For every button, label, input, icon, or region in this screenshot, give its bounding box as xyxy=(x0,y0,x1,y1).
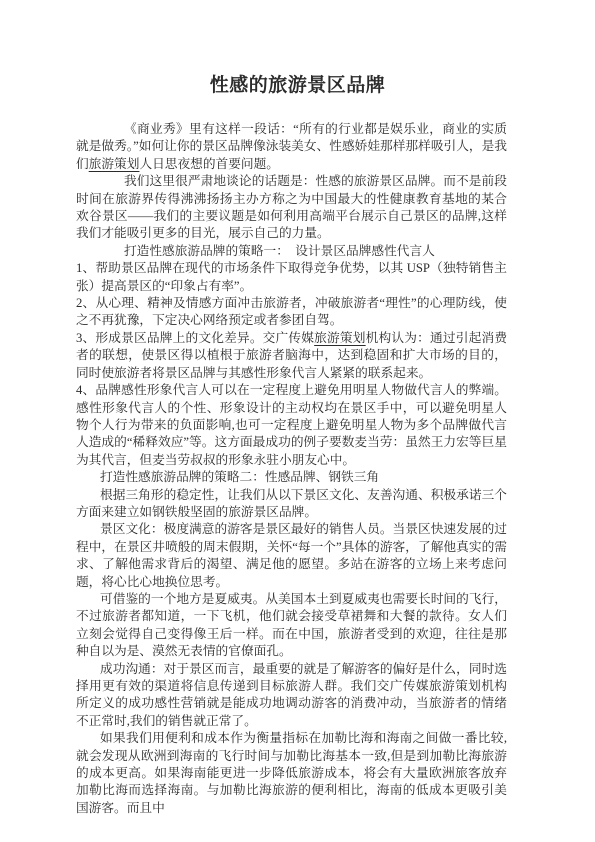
paragraph: 可借鉴的一个地方是夏威夷。从美国本土到夏威夷也需要长时间的飞行，不过旅游者都知道… xyxy=(76,591,507,661)
section-heading: 打造性感旅游品牌的策略二：性感品牌、钢铁三角 xyxy=(76,469,507,486)
text-segment: 4、品牌感性形象代言人可以在一定程度上避免用明星人物做代言人的弊端。感性形象代言… xyxy=(76,383,507,467)
text-segment: 打造性感旅游品牌的策略一： 设计景区品牌感性代言人 xyxy=(124,244,435,258)
text-segment: 3、形成景区品牌上的文化差异。交广传媒 xyxy=(76,331,314,345)
text-segment: 根据三角形的稳定性，让我们从以下景区文化、友善沟通、积极承诺三个方面来建立如钢铁… xyxy=(76,488,507,519)
underlined-text: 旅游策划 xyxy=(89,157,140,171)
paragraph: 如果我们用便利和成本作为衡量指标在加勒比海和海南之间做一番比较,就会发现从欧洲到… xyxy=(76,730,507,817)
paragraph: 景区文化：极度满意的游客是景区最好的销售人员。当景区快速发展的过程中，在景区井喷… xyxy=(76,521,507,591)
text-segment: 人日思夜想的首要问题。 xyxy=(139,157,279,171)
text-segment: 我们这里很严肃地谈论的话题是：性感的旅游景区品牌。而不是前段时间在旅游界传得沸沸… xyxy=(76,174,507,240)
paragraph: 根据三角形的稳定性，让我们从以下景区文化、友善沟通、积极承诺三个方面来建立如钢铁… xyxy=(76,487,507,522)
document-title: 性感的旅游景区品牌 xyxy=(0,0,595,97)
text-segment: 景区文化：极度满意的游客是景区最好的销售人员。当景区快速发展的过程中，在景区井喷… xyxy=(76,522,507,588)
paragraph: 3、形成景区品牌上的文化差异。交广传媒旅游策划机构认为：通过引起消费者的联想，使… xyxy=(76,330,507,382)
text-segment: 如果我们用便利和成本作为衡量指标在加勒比海和海南之间做一番比较,就会发现从欧洲到… xyxy=(76,731,507,815)
paragraph: 成功沟通：对于景区而言，最重要的就是了解游客的偏好是什么，同时选择用更有效的渠道… xyxy=(76,661,507,731)
underlined-text: 旅游策划 xyxy=(314,331,365,345)
paragraph: 《商业秀》里有这样一段话：“所有的行业都是娱乐业，商业的实质就是做秀。”如何让你… xyxy=(76,121,507,173)
document-body: 《商业秀》里有这样一段话：“所有的行业都是娱乐业，商业的实质就是做秀。”如何让你… xyxy=(76,121,507,817)
section-heading: 打造性感旅游品牌的策略一： 设计景区品牌感性代言人 xyxy=(76,243,507,260)
paragraph: 我们这里很严肃地谈论的话题是：性感的旅游景区品牌。而不是前段时间在旅游界传得沸沸… xyxy=(76,173,507,243)
text-segment: 1、帮助景区品牌在现代的市场条件下取得竞争优势，以其 USP（独特销售主张）提高… xyxy=(76,261,507,292)
document-page: 性感的旅游景区品牌 《商业秀》里有这样一段话：“所有的行业都是娱乐业，商业的实质… xyxy=(0,0,595,842)
text-segment: 打造性感旅游品牌的策略二：性感品牌、钢铁三角 xyxy=(100,470,379,484)
text-segment: 成功沟通：对于景区而言，最重要的就是了解游客的偏好是什么，同时选择用更有效的渠道… xyxy=(76,662,507,728)
paragraph: 2、从心理、精神及情感方面冲击旅游者，冲破旅游者“理性”的心理防线，使之不再犹豫… xyxy=(76,295,507,330)
paragraph: 4、品牌感性形象代言人可以在一定程度上避免用明星人物做代言人的弊端。感性形象代言… xyxy=(76,382,507,469)
text-segment: 可借鉴的一个地方是夏威夷。从美国本土到夏威夷也需要长时间的飞行，不过旅游者都知道… xyxy=(76,592,507,658)
paragraph: 1、帮助景区品牌在现代的市场条件下取得竞争优势，以其 USP（独特销售主张）提高… xyxy=(76,260,507,295)
text-segment: 2、从心理、精神及情感方面冲击旅游者，冲破旅游者“理性”的心理防线，使之不再犹豫… xyxy=(76,296,507,327)
